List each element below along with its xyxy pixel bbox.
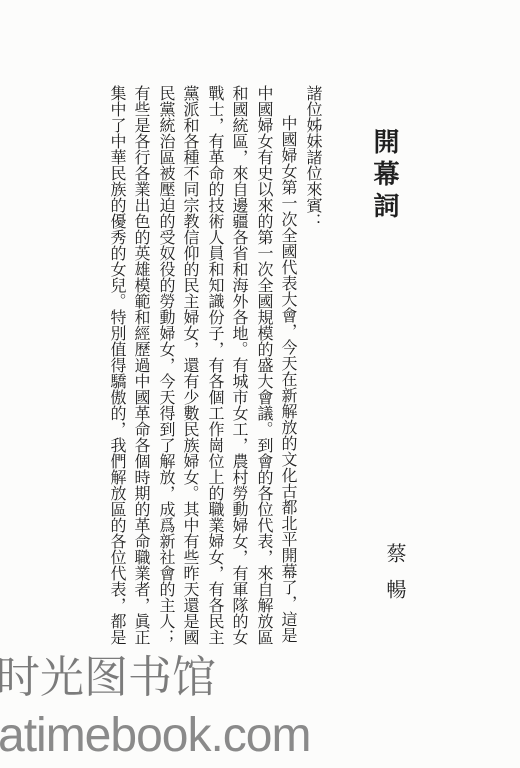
text-column: 中國婦女有史以來的第一次全國規模的盛大會議。到會的各位代表，來自解放區 [255,85,272,645]
text-column: 中國婦女第一次全國代表大會，今天在新解放的文化古都北平開幕了，這是 [279,115,296,643]
watermark-site-name: 时光图书馆 [0,656,216,700]
text-column: 戰士，有革命的技術人員和知識份子，有各個工作崗位上的職業婦女，有各民主 [206,85,223,645]
watermark-site-url: atimebook.com [0,712,310,760]
text-column: 黨派和各種不同宗教信仰的民主婦女，還有少數民族婦女。其中有些昨天還是國 [181,85,198,645]
author-name: 蔡暢 [383,543,405,615]
text-column: 和國統區，來自邊疆各省和海外各地。有城市女工，農村勞動婦女，有軍隊的女 [230,85,247,645]
text-column: 集中了中華民族的優秀的女兒。特別值得驕傲的，我們解放區的各位代表，都是 [108,85,125,645]
scanned-book-page: 開幕詞 蔡暢 諸位姊妹諸位來賓： 中國婦女第一次全國代表大會，今天在新解放的文化… [0,0,520,768]
page-title: 開幕詞 [370,128,398,224]
text-column: 有些是各行各業出色的英雄模範和經歷過中國革命各個時期的革命職業者，眞正 [132,85,149,645]
text-column: 民黨統治區被壓迫的受奴役的勞動婦女，今天得到了解放，成爲新社會的主人； [157,85,174,645]
salutation-column: 諸位姊妹諸位來賓： [304,85,321,229]
